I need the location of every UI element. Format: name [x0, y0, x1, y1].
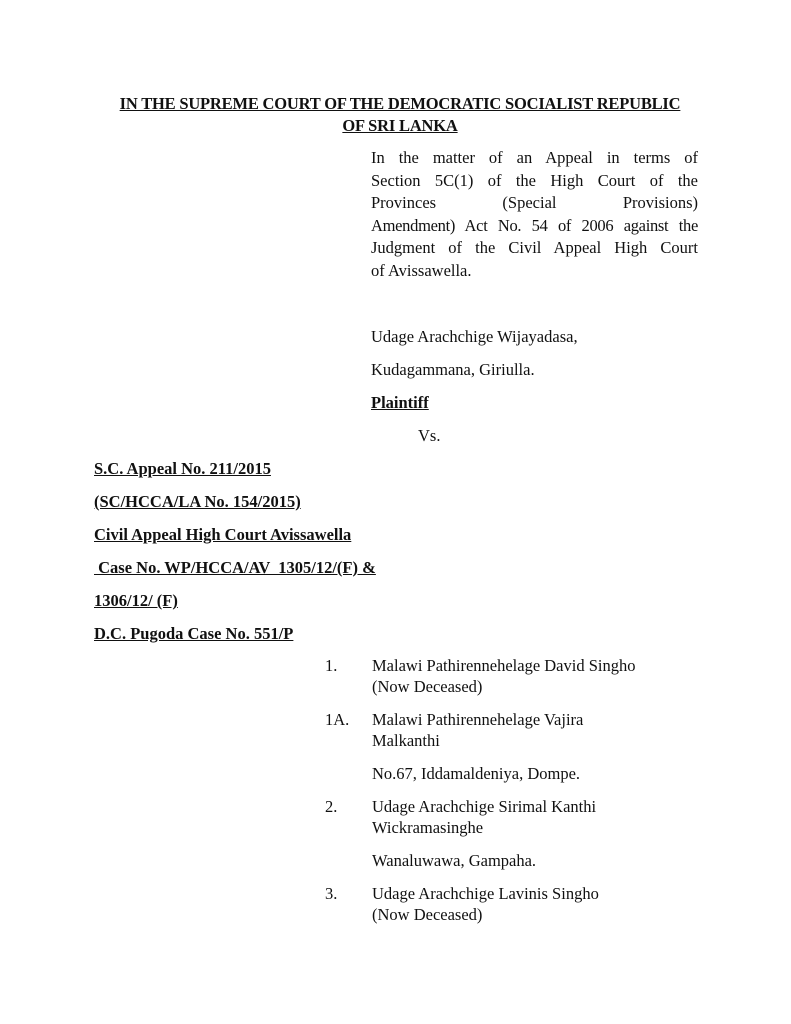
matter-paragraph: In the matter of an Appeal in terms of S…	[371, 147, 698, 282]
plaintiff-role-label: Plaintiff	[371, 393, 429, 413]
defendant-name: Udage Arachchige Sirimal Kanthi	[372, 797, 596, 817]
case-number-court: Civil Appeal High Court Avissawella	[94, 525, 351, 545]
case-number-sc-appeal: S.C. Appeal No. 211/2015	[94, 459, 271, 479]
defendant-address: Wanaluwawa, Gampaha.	[372, 851, 536, 871]
matter-line: In the matter of an Appeal in terms of	[371, 147, 698, 170]
defendant-number: 2.	[325, 797, 337, 817]
defendant-name-continued: Malkanthi	[372, 731, 440, 751]
defendant-number: 3.	[325, 884, 337, 904]
matter-line: Section 5C(1) of the High Court of the	[371, 170, 698, 193]
defendant-name: Udage Arachchige Lavinis Singho	[372, 884, 599, 904]
case-number-hcca-continued: 1306/12/ (F)	[94, 591, 178, 611]
court-title-line-1: IN THE SUPREME COURT OF THE DEMOCRATIC S…	[80, 94, 720, 114]
matter-line: of Avissawella.	[371, 260, 698, 283]
court-title-line-2: OF SRI LANKA	[80, 116, 720, 136]
case-number-hcca: Case No. WP/HCCA/AV 1305/12/(F) &	[94, 558, 376, 578]
defendant-number: 1.	[325, 656, 337, 676]
matter-line: Provinces (Special Provisions)	[371, 192, 698, 215]
plaintiff-name: Udage Arachchige Wijayadasa,	[371, 327, 578, 347]
matter-line: Judgment of the Civil Appeal High Court	[371, 237, 698, 260]
plaintiff-address: Kudagammana, Giriulla.	[371, 360, 535, 380]
defendant-status: (Now Deceased)	[372, 677, 482, 697]
defendant-number: 1A.	[325, 710, 349, 730]
case-number-district-court: D.C. Pugoda Case No. 551/P	[94, 624, 293, 644]
defendant-name: Malawi Pathirennehelage Vajira	[372, 710, 583, 730]
defendant-address: No.67, Iddamaldeniya, Dompe.	[372, 764, 580, 784]
matter-line: Amendment) Act No. 54 of 2006 against th…	[371, 215, 698, 238]
defendant-name: Malawi Pathirennehelage David Singho	[372, 656, 635, 676]
case-number-leave-to-appeal: (SC/HCCA/LA No. 154/2015)	[94, 492, 301, 512]
defendant-name-continued: Wickramasinghe	[372, 818, 483, 838]
versus-label: Vs.	[418, 426, 440, 446]
defendant-status: (Now Deceased)	[372, 905, 482, 925]
